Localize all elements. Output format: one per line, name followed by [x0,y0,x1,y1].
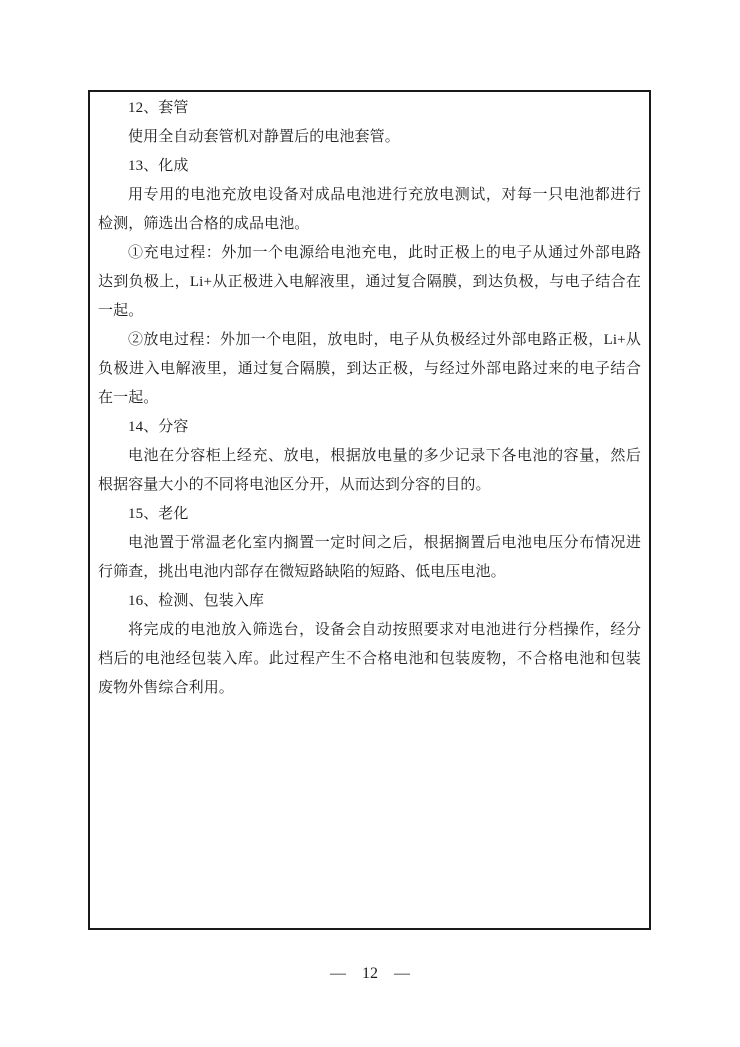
paragraph-discharging-process: ②放电过程：外加一个电阻，放电时，电子从负极经过外部电路正极，Li+从负极进入电… [98,326,641,413]
paragraph-sleeving: 使用全自动套管机对静置后的电池套管。 [98,123,641,152]
section-heading-14: 14、分容 [98,413,641,442]
page-footer: — 12 — [0,963,740,985]
paragraph-aging: 电池置于常温老化室内搁置一定时间之后，根据搁置后电池电压分布情况进行筛查，挑出电… [98,529,641,587]
paragraph-charging-process: ①充电过程：外加一个电源给电池充电，此时正极上的电子从通过外部电路达到负极上，L… [98,239,641,326]
content-border: 12、套管 使用全自动套管机对静置后的电池套管。 13、化成 用专用的电池充放电… [88,90,651,930]
section-heading-13: 13、化成 [98,152,641,181]
paragraph-testing-packaging: 将完成的电池放入筛选台，设备会自动按照要求对电池进行分档操作，经分档后的电池经包… [98,616,641,703]
footer-left-dash: — [330,963,346,985]
section-heading-16: 16、检测、包装入库 [98,587,641,616]
paragraph-capacity-grading: 电池在分容柜上经充、放电，根据放电量的多少记录下各电池的容量，然后根据容量大小的… [98,442,641,500]
paragraph-formation: 用专用的电池充放电设备对成品电池进行充放电测试，对每一只电池都进行检测，筛选出合… [98,181,641,239]
document-page: 12、套管 使用全自动套管机对静置后的电池套管。 13、化成 用专用的电池充放电… [0,0,740,1047]
section-heading-12: 12、套管 [98,94,641,123]
section-heading-15: 15、老化 [98,500,641,529]
page-number: 12 [362,963,378,985]
footer-right-dash: — [394,963,410,985]
